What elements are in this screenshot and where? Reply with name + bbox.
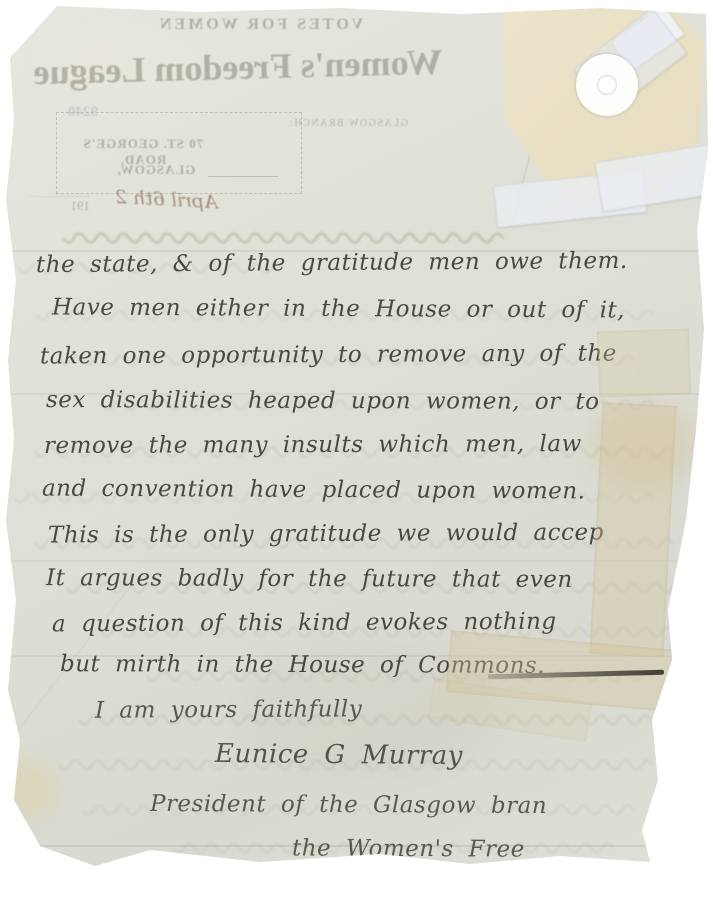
letterhead-phone-mirrored: 9240: [28, 104, 98, 121]
signoff-title-line2: the Women's Free: [292, 835, 525, 862]
signoff-title-line1: President of the Glasgow bran: [150, 791, 547, 819]
letter-line: remove the many insults which men, law: [44, 431, 582, 459]
letter-line: the state, & of the gratitude men owe th…: [36, 248, 628, 278]
hole-reinforcement-ring: [576, 54, 638, 116]
letter-photograph: VOTES FOR WOMEN Women's Freedom League G…: [0, 0, 713, 900]
punched-hole: [597, 75, 617, 95]
letter-line: It argues badly for the future that even: [46, 565, 573, 593]
letter-paper-sheet: VOTES FOR WOMEN Women's Freedom League G…: [0, 0, 713, 900]
letterhead-slogan-mirrored: VOTES FOR WOMEN: [140, 16, 380, 34]
letter-line: and convention have placed upon women.: [42, 476, 586, 505]
letterhead-branch-mirrored: GLASGOW BRANCH:: [228, 118, 408, 129]
letter-line: taken one opportunity to remove any of t…: [40, 340, 617, 369]
signature: Eunice G Murray: [215, 739, 463, 771]
letterhead-rule: [208, 176, 278, 177]
letter-line: This is the only gratitude we would acce…: [48, 520, 604, 549]
letterhead-year-mirrored: 191: [30, 196, 90, 214]
yellowed-tape-upper-right: [597, 328, 691, 397]
letter-closing: I am yours faithfully: [95, 696, 362, 723]
letter-line: Have men either in the House or out of i…: [52, 295, 625, 324]
yellowed-tape-right-vertical: [589, 402, 676, 658]
letter-line: sex disabilities heaped upon women, or t…: [46, 387, 600, 415]
letterhead-address2-mirrored: GLASGOW,: [96, 162, 216, 178]
